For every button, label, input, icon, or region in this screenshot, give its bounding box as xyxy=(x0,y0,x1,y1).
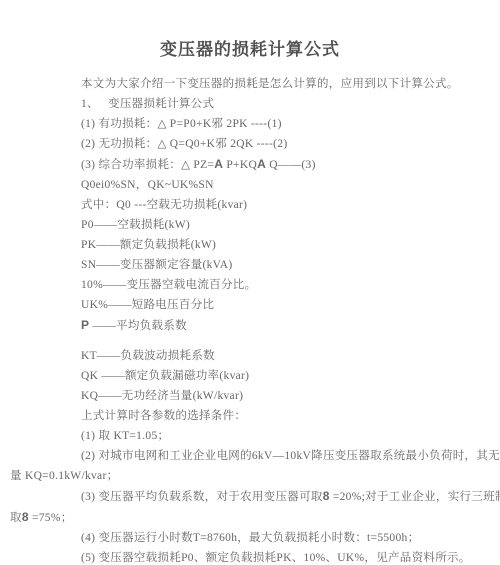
text-segment: KT——负载波动损耗系数 xyxy=(81,350,215,362)
doc-line: (1) 有功损耗：△ P=P0+K邪 2PK ----(1) xyxy=(81,114,490,134)
text-segment: (1) 取 KT=1.05； xyxy=(81,430,169,442)
text-segment: 本文为大家介绍一下变压器的损耗是怎么计算的，应用到以下计算公式。 xyxy=(81,78,459,90)
text-segment: =75%； xyxy=(29,512,73,524)
doc-line: (1) 取 KT=1.05； xyxy=(81,426,490,446)
text-segment: (5) 变压器空载损耗P0、额定负载损耗PK、10%、UK%，见产品资料所示。 xyxy=(81,552,471,564)
doc-line: P ——平均负载系数 xyxy=(81,315,490,336)
doc-line: QK ——额定负载漏磁功率(kvar) xyxy=(81,366,490,386)
text-segment: SN——变压器额定容量(kVA) xyxy=(81,259,233,271)
text-segment: (3) 变压器平均负载系数，对于农用变压器可取 xyxy=(81,491,323,503)
document-body: 本文为大家介绍一下变压器的损耗是怎么计算的，应用到以下计算公式。1、 变压器损耗… xyxy=(0,74,500,565)
doc-line: 上式计算时各参数的选择条件： xyxy=(81,406,490,426)
text-segment: Q——(3) xyxy=(266,159,316,171)
doc-line: KQ——无功经济当量(kW/kvar) xyxy=(81,386,490,406)
doc-line: (4) 变压器运行小时数T=8760h，最大负载损耗小时数：t=5500h； xyxy=(81,528,490,548)
doc-line: KT——负载波动损耗系数 xyxy=(81,346,490,366)
bold-text-segment: A xyxy=(257,157,266,171)
text-segment: QK ——额定负载漏磁功率(kvar) xyxy=(81,370,249,382)
text-segment: Q0ei0%SN，QK~UK%SN xyxy=(81,179,214,191)
text-segment: PK——额定负载损耗(kW) xyxy=(81,239,216,251)
doc-line: Q0ei0%SN，QK~UK%SN xyxy=(81,175,490,195)
doc-line: 量 KQ=0.1kW/kvar； xyxy=(10,466,490,486)
doc-line: 10%——变压器空载电流百分比。 xyxy=(81,275,490,295)
text-segment: ——平均负载系数 xyxy=(89,320,187,332)
text-segment: (4) 变压器运行小时数T=8760h，最大负载损耗小时数：t=5500h； xyxy=(81,532,419,544)
doc-line: (3) 变压器平均负载系数，对于农用变压器可取8 =20%;对于工业企业，实行三… xyxy=(81,486,490,507)
doc-line: (3) 综合功率损耗：△ PZ=A P+KQA Q——(3) xyxy=(81,154,490,175)
text-segment: 取 xyxy=(10,512,22,524)
text-segment: KQ——无功经济当量(kW/kvar) xyxy=(81,390,243,402)
text-segment: (2) 无功损耗：△ Q=Q0+K邪 2QK ----(2) xyxy=(81,138,287,150)
text-segment: UK%——短路电压百分比 xyxy=(81,299,214,311)
text-segment: (1) 有功损耗：△ P=P0+K邪 2PK ----(1) xyxy=(81,118,282,130)
doc-line: 本文为大家介绍一下变压器的损耗是怎么计算的，应用到以下计算公式。 xyxy=(81,74,490,94)
doc-line: (2) 对城市电网和工业企业电网的6kV—10kV降压变压器取系统最小负荷时，其… xyxy=(81,446,490,466)
text-segment: P0——空载损耗(kW) xyxy=(81,219,190,231)
document-page: 变压器的损耗计算公式 本文为大家介绍一下变压器的损耗是怎么计算的，应用到以下计算… xyxy=(0,0,500,565)
text-segment: =20%;对于工业企业，实行三班制，可 xyxy=(330,491,500,503)
doc-line: 1、 变压器损耗计算公式 xyxy=(81,94,490,114)
bold-text-segment: 8 xyxy=(22,510,29,524)
text-segment: (3) 综合功率损耗：△ PZ= xyxy=(81,159,214,171)
bold-text-segment: 8 xyxy=(323,489,330,503)
text-segment: 式中：Q0 ---空载无功损耗(kvar) xyxy=(81,199,247,211)
bold-text-segment: A xyxy=(214,157,223,171)
doc-line: P0——空载损耗(kW) xyxy=(81,215,490,235)
doc-line: SN——变压器额定容量(kVA) xyxy=(81,255,490,275)
doc-line: 取8 =75%； xyxy=(10,507,490,528)
text-segment: 1、 变压器损耗计算公式 xyxy=(81,98,214,110)
text-segment: 10%——变压器空载电流百分比。 xyxy=(81,279,256,291)
page-title: 变压器的损耗计算公式 xyxy=(0,0,500,60)
text-segment: P+KQ xyxy=(223,159,257,171)
doc-line: (2) 无功损耗：△ Q=Q0+K邪 2QK ----(2) xyxy=(81,134,490,154)
text-segment: (2) 对城市电网和工业企业电网的6kV—10kV降压变压器取系统最小负荷时，其… xyxy=(81,450,500,462)
doc-line: (5) 变压器空载损耗P0、额定负载损耗PK、10%、UK%，见产品资料所示。 xyxy=(81,548,490,565)
text-segment: 上式计算时各参数的选择条件： xyxy=(81,410,246,422)
doc-line: UK%——短路电压百分比 xyxy=(81,295,490,315)
doc-line: PK——额定负载损耗(kW) xyxy=(81,235,490,255)
doc-line: 式中：Q0 ---空载无功损耗(kvar) xyxy=(81,195,490,215)
text-segment: 量 KQ=0.1kW/kvar； xyxy=(10,470,118,482)
